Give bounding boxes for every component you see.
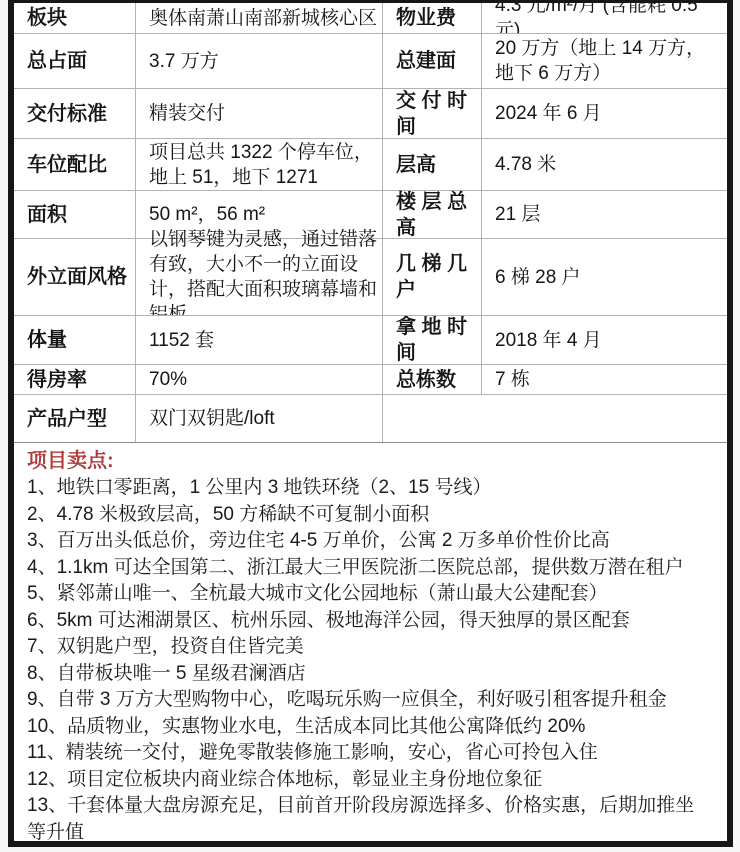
selling-point-item: 2、4.78 米极致层高，50 方稀缺不可复制小面积 [27, 502, 713, 529]
field-value-land-acquired: 2018 年 4 月 [481, 315, 727, 364]
field-label-product-type: 产品户型 [14, 394, 135, 442]
field-label-building-count: 总栋数 [382, 364, 481, 394]
field-value-efficiency-rate: 70% [135, 364, 382, 394]
empty-cell [382, 394, 727, 442]
field-value-delivery-time: 2024 年 6 月 [481, 88, 727, 138]
field-label-facade-style: 外立面风格 [14, 238, 135, 315]
selling-point-item: 3、百万出头低总价，旁边住宅 4-5 万单价，公寓 2 万多单价性价比高 [27, 528, 713, 555]
field-label-sector: 板块 [14, 3, 135, 33]
property-spec-table: 板块 奥体南萧山南部新城核心区 物业费 4.3 元/m²/月 (含能耗 0.5 … [14, 3, 727, 442]
selling-point-item: 13、千套体量大盘房源充足，目前首开阶段房源选择多、价格实惠，后期加推坐等升值 [27, 793, 713, 846]
field-value-parking-ratio: 项目总共 1322 个停车位，地上 51，地下 1271 [135, 138, 382, 190]
field-label-efficiency-rate: 得房率 [14, 364, 135, 394]
field-label-site-area: 总占面 [14, 33, 135, 88]
field-label-total-units: 体量 [14, 315, 135, 364]
field-value-gfa: 20 万方（地上 14 万方，地下 6 万方） [481, 33, 727, 88]
selling-point-item: 1、地铁口零距离，1 公里内 3 地铁环绕（2、15 号线） [27, 475, 713, 502]
field-label-land-acquired: 拿 地 时 间 [382, 315, 481, 364]
field-label-unit-area: 面积 [14, 190, 135, 238]
field-value-elevators-per-units: 6 梯 28 户 [481, 238, 727, 315]
field-label-delivery-time: 交 付 时 间 [382, 88, 481, 138]
field-value-sector: 奥体南萧山南部新城核心区 [135, 3, 382, 33]
field-label-elevators-per-units: 几 梯 几 户 [382, 238, 481, 315]
field-value-facade-style: 以钢琴键为灵感，通过错落有致，大小不一的立面设计，搭配大面积玻璃幕墙和铝板 [135, 238, 382, 315]
field-value-product-type: 双门双钥匙/loft [135, 394, 382, 442]
field-value-total-units: 1152 套 [135, 315, 382, 364]
selling-point-item: 4、1.1km 可达全国第二、浙江最大三甲医院浙二医院总部，提供数万潜在租户 [27, 555, 713, 582]
field-label-property-fee: 物业费 [382, 3, 481, 33]
selling-points-heading: 项目卖点: [27, 447, 713, 475]
field-value-delivery-standard: 精装交付 [135, 88, 382, 138]
field-value-site-area: 3.7 万方 [135, 33, 382, 88]
selling-point-item: 9、自带 3 万方大型购物中心，吃喝玩乐购一应俱全，利好吸引租客提升租金 [27, 687, 713, 714]
field-label-gfa: 总建面 [382, 33, 481, 88]
selling-point-item: 6、5km 可达湘湖景区、杭州乐园、极地海洋公园，得天独厚的景区配套 [27, 608, 713, 635]
selling-point-item: 7、双钥匙户型，投资自住皆完美 [27, 634, 713, 661]
field-value-floor-height: 4.78 米 [481, 138, 727, 190]
field-value-total-floors: 21 层 [481, 190, 727, 238]
field-label-parking-ratio: 车位配比 [14, 138, 135, 190]
selling-point-item: 5、紧邻萧山唯一、全杭最大城市文化公园地标（萧山最大公建配套） [27, 581, 713, 608]
selling-point-item: 12、项目定位板块内商业综合体地标，彰显业主身份地位象征 [27, 767, 713, 794]
field-value-building-count: 7 栋 [481, 364, 727, 394]
field-label-delivery-standard: 交付标准 [14, 88, 135, 138]
selling-point-item: 10、品质物业，实惠物业水电，生活成本同比其他公寓降低约 20% [27, 714, 713, 741]
selling-point-item: 8、自带板块唯一 5 星级君澜酒店 [27, 661, 713, 688]
document-frame: 板块 奥体南萧山南部新城核心区 物业费 4.3 元/m²/月 (含能耗 0.5 … [8, 0, 733, 847]
field-label-total-floors: 楼 层 总 高 [382, 190, 481, 238]
selling-point-item: 11、精装统一交付，避免零散装修施工影响，安心，省心可拎包入住 [27, 740, 713, 767]
selling-points-section: 项目卖点: 1、地铁口零距离，1 公里内 3 地铁环绕（2、15 号线） 2、4… [14, 442, 727, 847]
field-label-floor-height: 层高 [382, 138, 481, 190]
field-value-property-fee: 4.3 元/m²/月 (含能耗 0.5 元) [481, 3, 727, 33]
